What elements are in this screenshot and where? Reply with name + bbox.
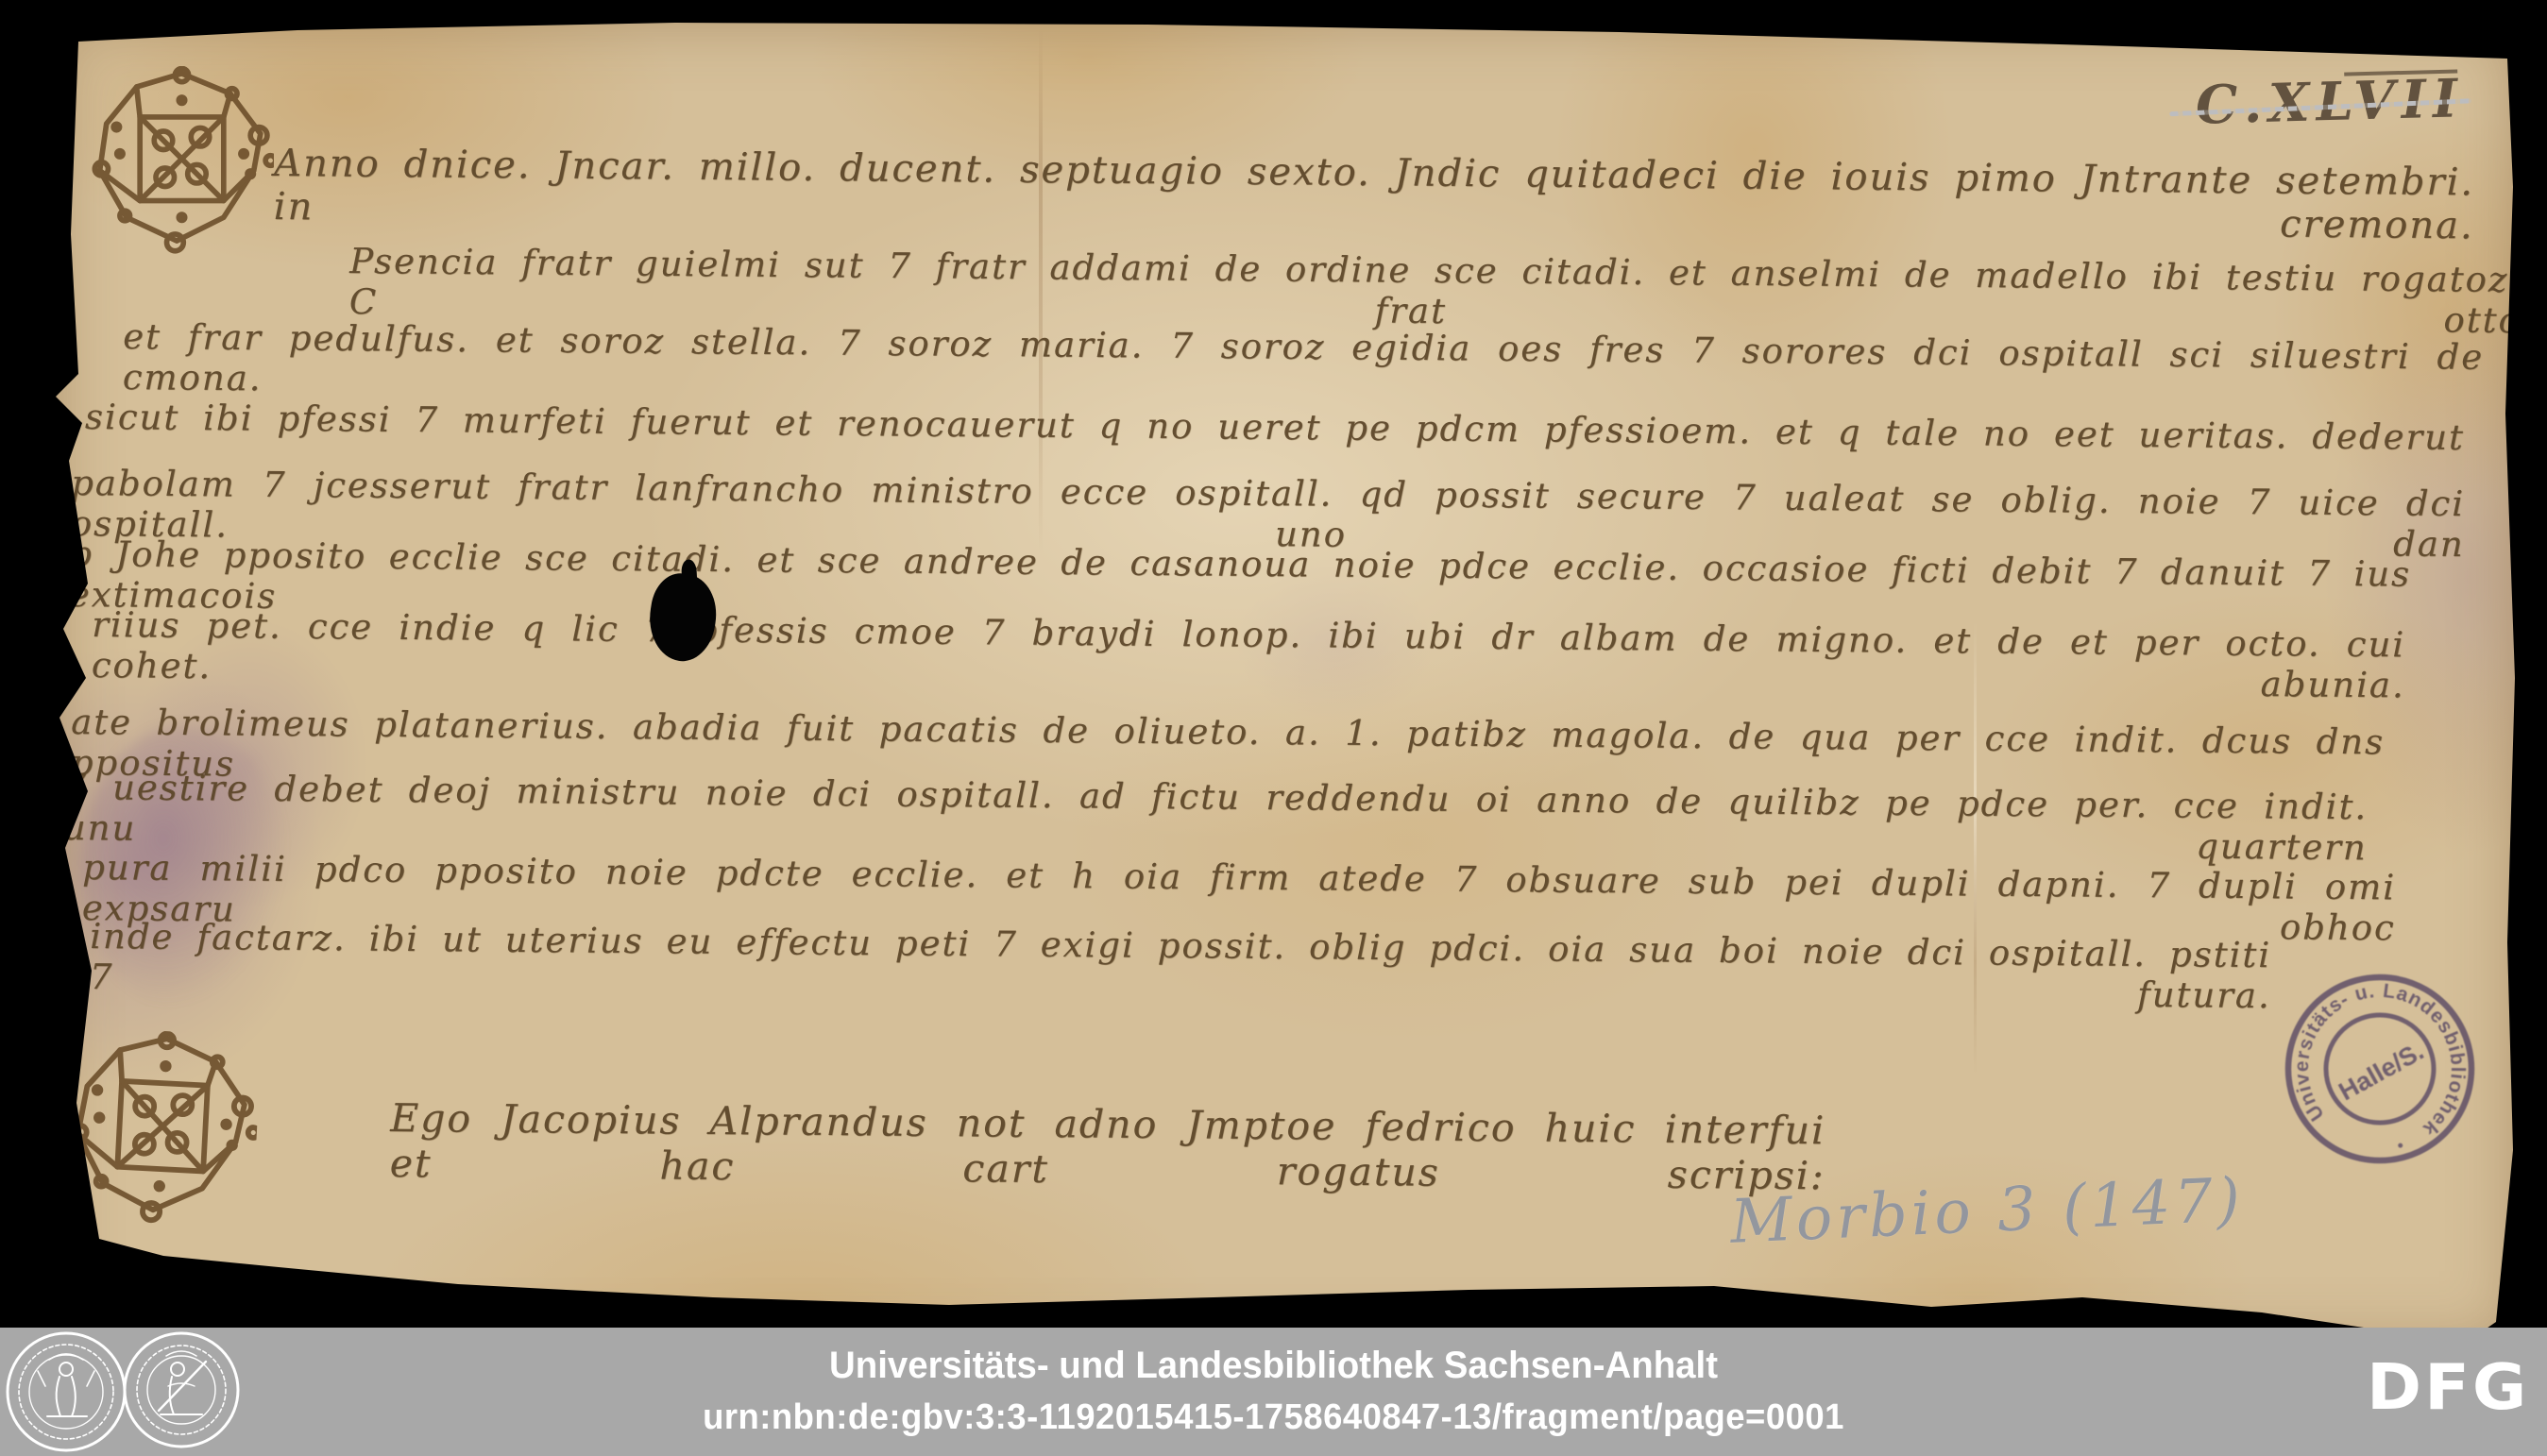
footer-bar: Universitäts- und Landesbibliothek Sachs… [0, 1328, 2547, 1456]
urn-identifier: urn:nbn:de:gbv:3:3-1192015415-1758640847… [51, 1397, 2496, 1438]
parchment-scan: Anno dnice. Jncar. millo. ducent. septua… [52, 17, 2519, 1350]
notary-mark-bottom-icon [63, 1026, 262, 1229]
notary-subscription-line: Ego Jacopius Alprandus not adno Jmptoe f… [390, 1095, 1826, 1198]
institution-name: Universitäts- und Landesbibliothek Sachs… [51, 1345, 2496, 1387]
scan-viewport: Anno dnice. Jncar. millo. ducent. septua… [0, 0, 2547, 1456]
manuscript-line: Anno dnice. Jncar. millo. ducent. septua… [274, 142, 2475, 247]
old-shelfmark-number: C.XLVII [2195, 67, 2465, 136]
stamp-center-text: Halle/S. [2335, 1037, 2429, 1107]
library-stamp: Universitäts- u. Landesbibliothek Halle/… [2280, 969, 2480, 1169]
dfg-logo: DFG [2367, 1350, 2529, 1424]
notary-mark-top-icon [90, 66, 274, 255]
